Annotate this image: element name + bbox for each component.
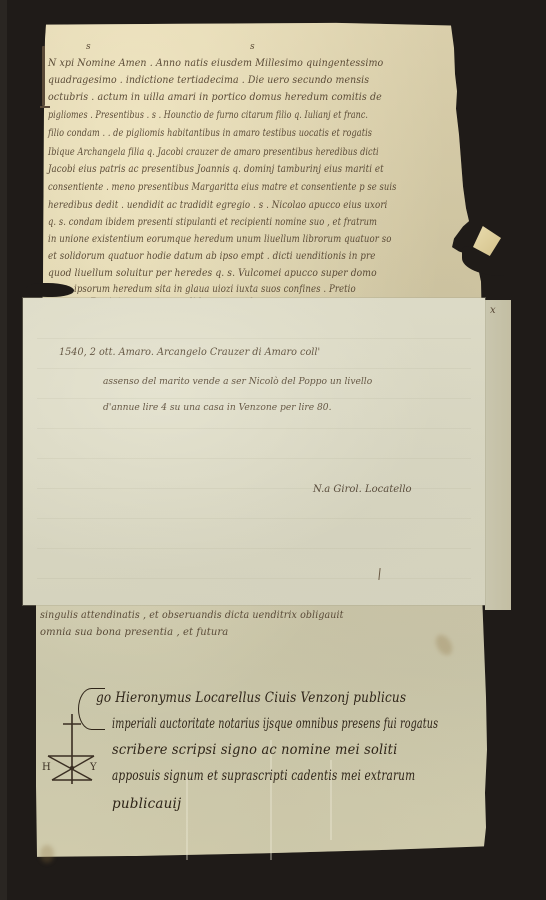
subscription-line: go Hieronymus Locarellus Ciuis Venzonj p… bbox=[96, 690, 406, 706]
stain bbox=[40, 845, 54, 863]
manuscript-line: Ibique Archangela filia q. Jacobi crauze… bbox=[48, 147, 379, 158]
torn-edge-left bbox=[26, 283, 74, 297]
parchment-margin-strip bbox=[485, 300, 511, 610]
water-stain-line bbox=[270, 740, 272, 860]
manuscript-line: consentiente . meno presentibus Margarit… bbox=[48, 182, 396, 193]
manuscript-line: singulis attendinatis , et obseruandis d… bbox=[40, 610, 344, 621]
manuscript-line: ipsorum heredum sita in glaua uiozi iuxt… bbox=[74, 284, 356, 295]
slip-line: assenso del marito vende a ser Nicolò de… bbox=[103, 376, 372, 387]
scan-border bbox=[0, 0, 7, 900]
document-scan: s s N xpi Nomine Amen . Anno natis eiusd… bbox=[0, 0, 546, 900]
manuscript-line: octubris . actum in uilla amari in porti… bbox=[48, 92, 382, 103]
superscript-mark: s bbox=[250, 42, 255, 52]
subscription-line: apposuis signum et suprascripti cadentis… bbox=[112, 768, 415, 784]
signum-letter-right: Y bbox=[90, 762, 97, 773]
superscript-mark: s bbox=[86, 42, 91, 52]
slip-signature: N.a Girol. Locatello bbox=[313, 484, 412, 495]
subscription-line: imperiali auctoritate notarius ijsque om… bbox=[112, 716, 438, 732]
manuscript-line: quadragesimo . indictione tertiadecima .… bbox=[48, 75, 369, 86]
cross-hourglass-icon bbox=[42, 712, 98, 788]
illuminated-initial-I bbox=[42, 46, 45, 106]
manuscript-line: in unione existentium eorumque heredum u… bbox=[48, 234, 391, 245]
manuscript-line: et solidorum quatuor hodie datum ab ipso… bbox=[48, 251, 376, 262]
manuscript-line: omnia sua bona presentia , et futura bbox=[40, 627, 228, 638]
manuscript-line: pigliomes . Presentibus . s . Hounctio d… bbox=[48, 110, 368, 121]
manuscript-line: heredibus dedit . uendidit ac tradidit e… bbox=[48, 200, 387, 211]
manuscript-line: filio condam . . de pigliomis habitantib… bbox=[48, 128, 372, 139]
slip-line: 1540, 2 ott. Amaro. Arcangelo Crauzer di… bbox=[59, 346, 320, 358]
manuscript-line: N xpi Nomine Amen . Anno natis eiusdem M… bbox=[48, 58, 383, 69]
subscription-line: scribere scripsi signo ac nomine mei sol… bbox=[112, 742, 397, 758]
signum-letter-left: H bbox=[42, 762, 51, 773]
subscription-line: publicauij bbox=[112, 796, 181, 812]
slip-line: d'annue lire 4 su una casa in Venzone pe… bbox=[103, 402, 332, 413]
manuscript-line: quod liuellum soluitur per heredes q. s.… bbox=[48, 268, 377, 279]
notary-signum: H Y bbox=[42, 712, 98, 788]
manuscript-line: q. s. condam ibidem presenti stipulanti … bbox=[48, 217, 377, 228]
catalog-slip: 1540, 2 ott. Amaro. Arcangelo Crauzer di… bbox=[23, 298, 485, 605]
manuscript-line: Jacobi eius patris ac presentibus Joanni… bbox=[48, 164, 384, 175]
margin-mark: x bbox=[490, 305, 496, 316]
